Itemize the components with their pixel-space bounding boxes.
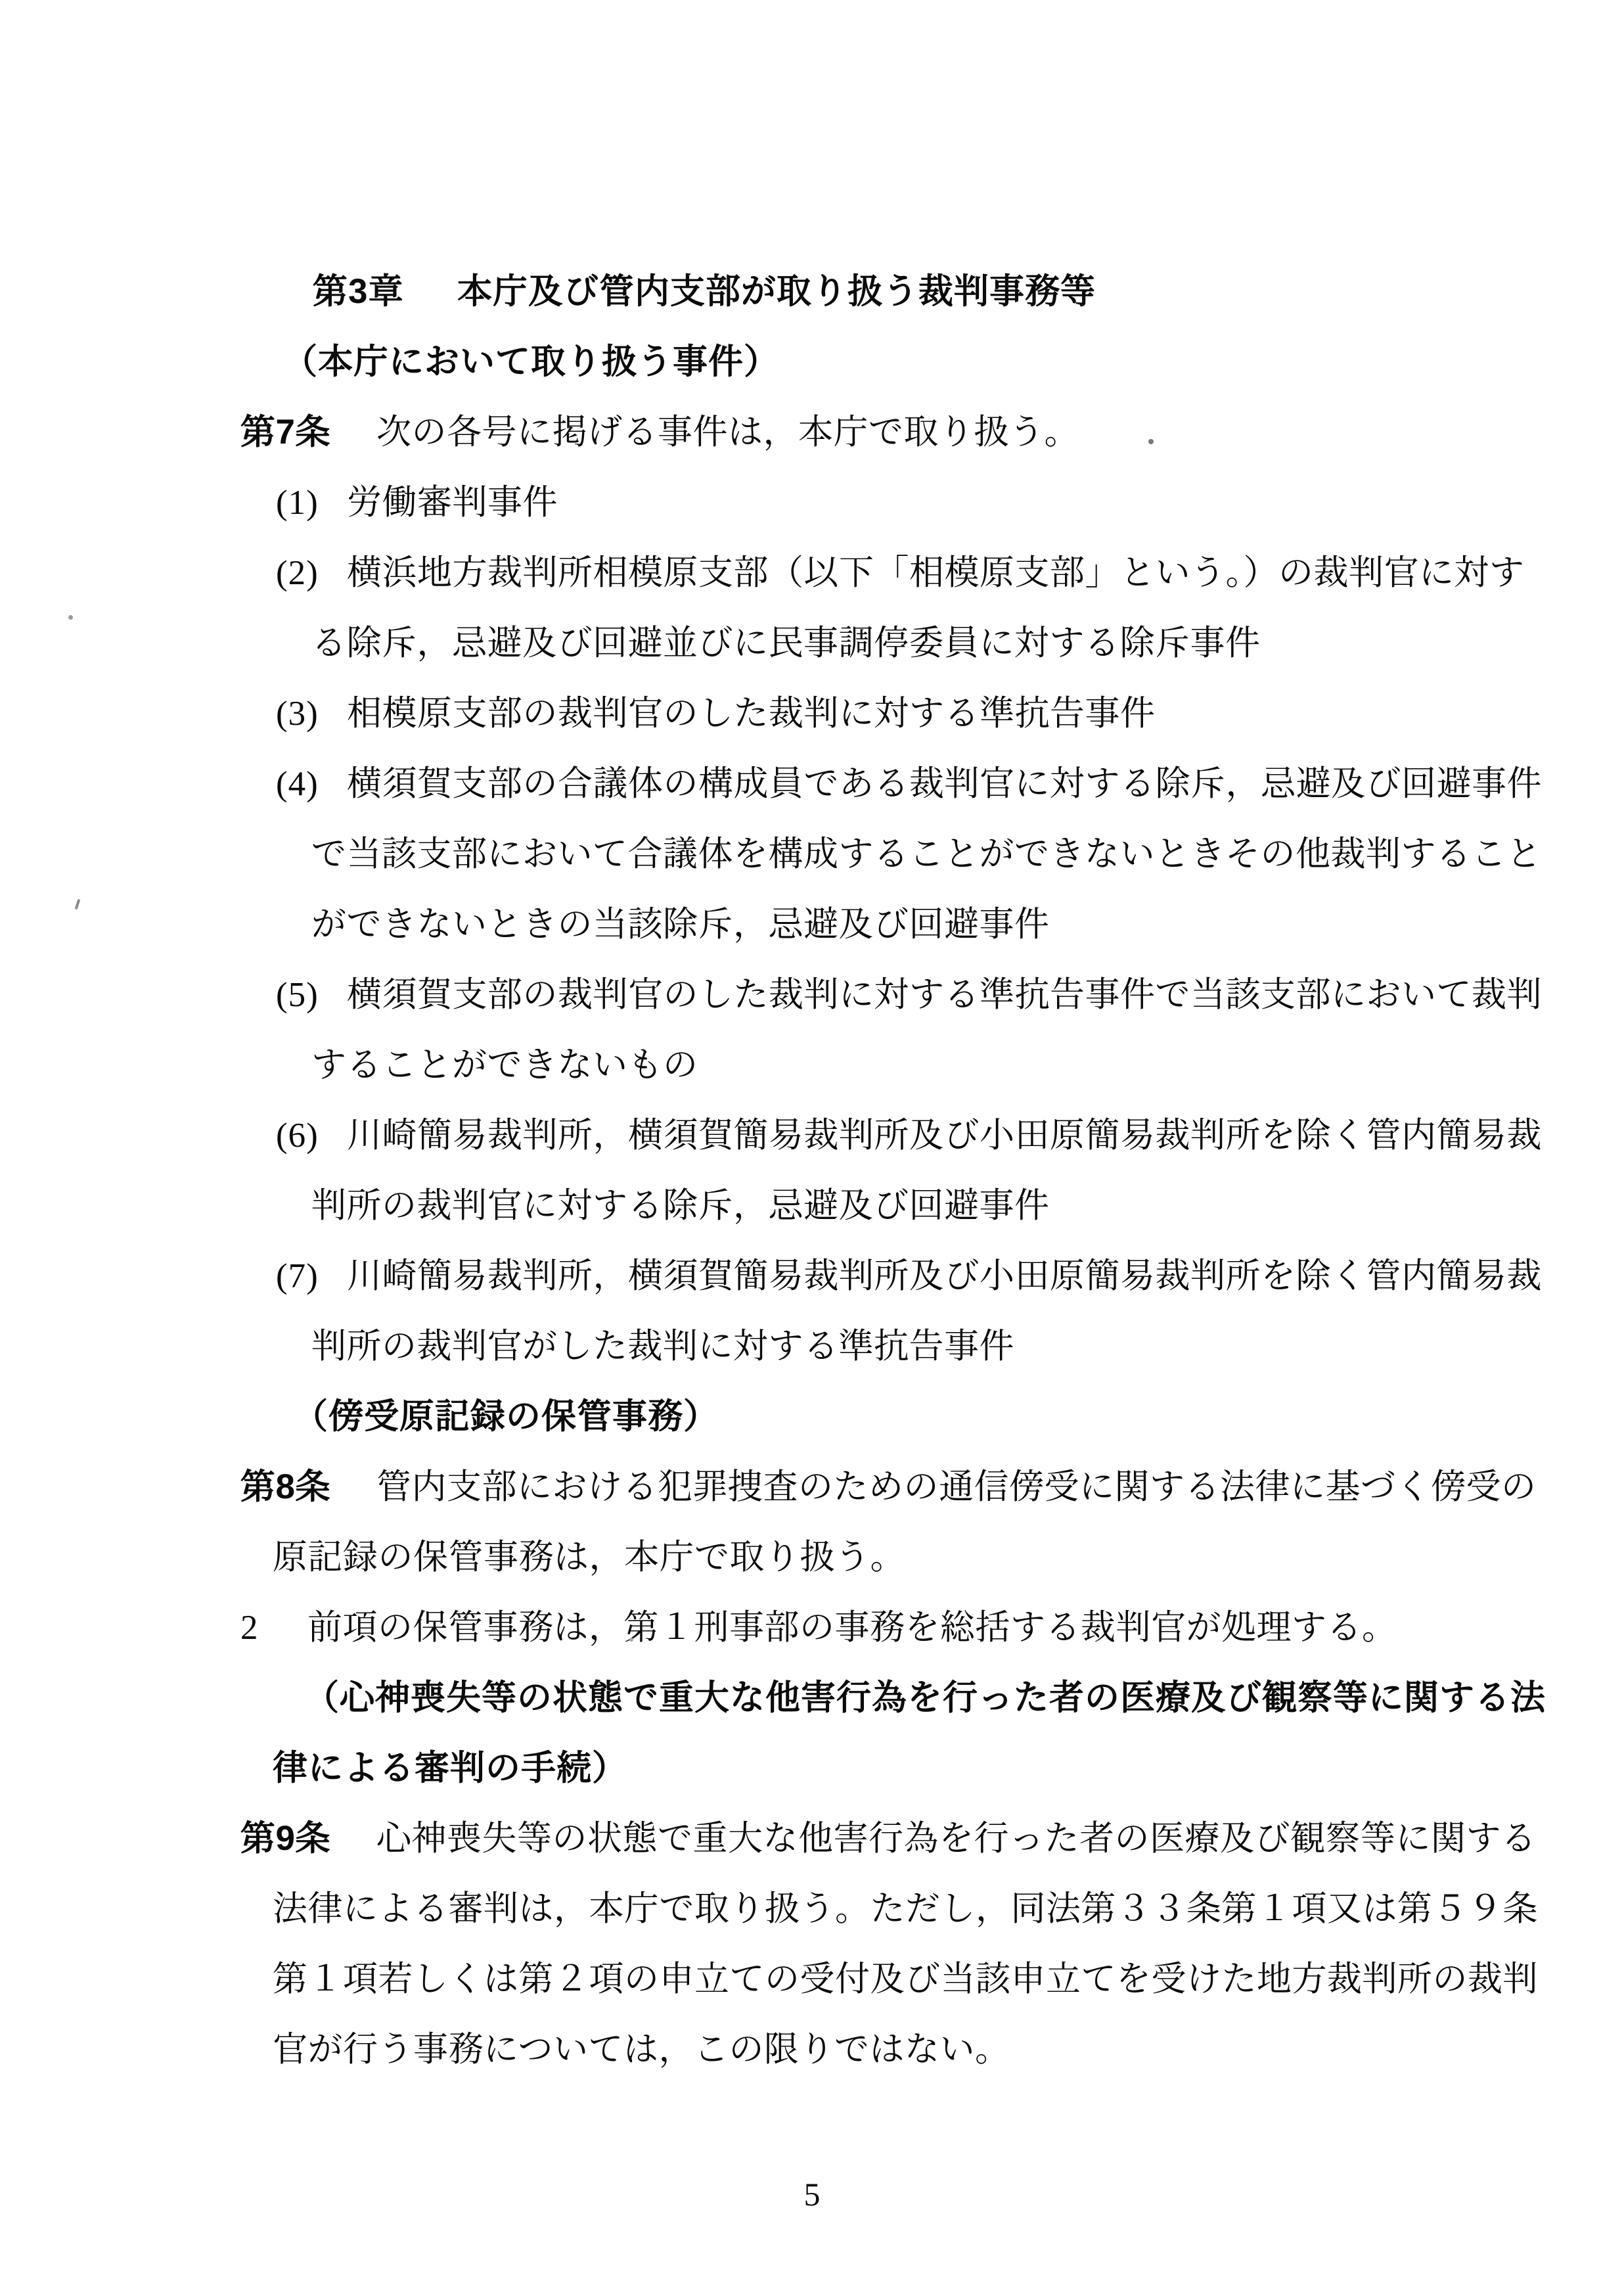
article-8-number: 第8条: [240, 1467, 376, 1508]
item-4: (4)横須賀支部の合議体の構成員である裁判官に対する除斥，忌避及び回避事件: [276, 764, 1542, 804]
item-2-continuation: る除斥，忌避及び回避並びに民事調停委員に対する除斥事件: [311, 623, 1261, 664]
scan-speck: [629, 1638, 633, 1642]
article-9-continuation-2: 第１項若しくは第２項の申立ての受付及び当該申立てを受けた地方裁判所の裁判: [273, 1959, 1538, 2000]
item-2: (2)横浜地方裁判所相模原支部（以下「相模原支部」という。）の裁判官に対す: [276, 553, 1525, 593]
chapter-number: 第3章: [313, 271, 457, 312]
item-6-text: 川崎簡易裁判所，横須賀簡易裁判所及び小田原簡易裁判所を除く管内簡易裁: [347, 1116, 1542, 1155]
item-1-text: 労働審判事件: [347, 484, 558, 522]
section3-paren-heading-line2: 律による審判の手続）: [273, 1748, 627, 1789]
section2-paren-heading: （傍受原記録の保管事務）: [293, 1396, 719, 1437]
item-6-continuation: 判所の裁判官に対する除斥，忌避及び回避事件: [311, 1186, 1050, 1226]
article-8-text: 管内支部における犯罪捜査のための通信傍受に関する法律に基づく傍受の: [376, 1468, 1537, 1506]
scanned-document-page: 第3章本庁及び管内支部が取り扱う裁判事務等 （本庁において取り扱う事件） 第7条…: [0, 0, 1624, 2279]
item-5: (5)横須賀支部の裁判官のした裁判に対する準抗告事件で当該支部において裁判: [276, 975, 1542, 1015]
item-6-number: (6): [276, 1115, 347, 1156]
article-8-lead: 第8条管内支部における犯罪捜査のための通信傍受に関する法律に基づく傍受の: [240, 1467, 1537, 1508]
item-1-number: (1): [276, 482, 347, 523]
scan-speck: [1148, 439, 1154, 444]
paragraph-2-number: 2: [240, 1607, 307, 1648]
item-7-text: 川崎簡易裁判所，横須賀簡易裁判所及び小田原簡易裁判所を除く管内簡易裁: [347, 1257, 1542, 1295]
item-3-number: (3): [276, 693, 347, 734]
item-2-number: (2): [276, 553, 347, 593]
item-3: (3)相模原支部の裁判官のした裁判に対する準抗告事件: [276, 693, 1156, 734]
article-7-text: 次の各号に掲げる事件は，本庁で取り扱う。: [376, 413, 1079, 451]
scan-speck: [68, 615, 73, 620]
item-5-text: 横須賀支部の裁判官のした裁判に対する準抗告事件で当該支部において裁判: [347, 976, 1542, 1014]
article-9-lead: 第9条心神喪失等の状態で重大な他害行為を行った者の医療及び観察等に関する: [240, 1818, 1537, 1859]
item-2-text: 横浜地方裁判所相模原支部（以下「相模原支部」という。）の裁判官に対す: [347, 554, 1525, 592]
item-5-continuation: することができないもの: [311, 1045, 698, 1086]
item-4-continuation-2: ができないときの当該除斥，忌避及び回避事件: [311, 904, 1050, 945]
item-4-number: (4): [276, 764, 347, 804]
chapter-heading: 第3章本庁及び管内支部が取り扱う裁判事務等: [313, 271, 1096, 312]
item-5-number: (5): [276, 975, 347, 1015]
scan-speck: [75, 899, 81, 909]
article-7-lead: 第7条次の各号に掲げる事件は，本庁で取り扱う。: [240, 412, 1079, 453]
article-8-continuation: 原記録の保管事務は，本庁で取り扱う。: [273, 1537, 905, 1578]
article-9-text: 心神喪失等の状態で重大な他害行為を行った者の医療及び観察等に関する: [376, 1820, 1537, 1858]
section1-paren-heading: （本庁において取り扱う事件）: [282, 342, 779, 382]
article-7-number: 第7条: [240, 412, 376, 453]
article-9-continuation-3: 官が行う事務については，この限りではない。: [273, 2029, 1010, 2070]
chapter-title: 本庁及び管内支部が取り扱う裁判事務等: [457, 272, 1096, 311]
article-8-paragraph-2: 2前項の保管事務は，第１刑事部の事務を総括する裁判官が処理する。: [240, 1607, 1397, 1648]
article-9-number: 第9条: [240, 1818, 376, 1859]
item-4-text: 横須賀支部の合議体の構成員である裁判官に対する除斥，忌避及び回避事件: [347, 765, 1542, 803]
paragraph-2-text: 前項の保管事務は，第１刑事部の事務を総括する裁判官が処理する。: [307, 1609, 1397, 1647]
item-3-text: 相模原支部の裁判官のした裁判に対する準抗告事件: [347, 695, 1156, 733]
item-1: (1)労働審判事件: [276, 482, 558, 523]
item-6: (6)川崎簡易裁判所，横須賀簡易裁判所及び小田原簡易裁判所を除く管内簡易裁: [276, 1115, 1542, 1156]
item-7-number: (7): [276, 1256, 347, 1297]
article-9-continuation-1: 法律による審判は，本庁で取り扱う。ただし，同法第３３条第１項又は第５９条: [273, 1889, 1538, 1929]
item-7-continuation: 判所の裁判官がした裁判に対する準抗告事件: [311, 1326, 1014, 1367]
item-7: (7)川崎簡易裁判所，横須賀簡易裁判所及び小田原簡易裁判所を除く管内簡易裁: [276, 1256, 1542, 1297]
item-4-continuation-1: で当該支部において合議体を構成することができないときその他裁判すること: [311, 834, 1542, 875]
page-number: 5: [0, 2175, 1624, 2213]
section3-paren-heading-line1: （心神喪失等の状態で重大な他害行為を行った者の医療及び観察等に関する法: [304, 1678, 1546, 1718]
